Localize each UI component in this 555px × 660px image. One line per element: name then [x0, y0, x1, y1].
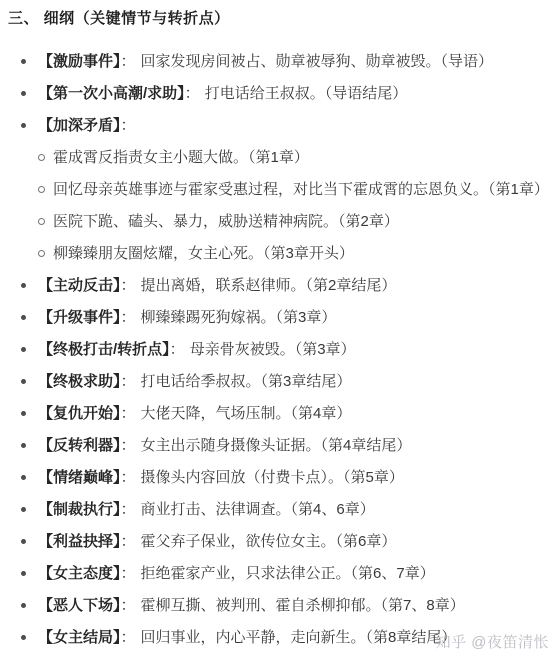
outline-item-colon: ：: [121, 469, 141, 486]
outline-item: 【复仇开始】：大佬天降，气场压制。（第4章）: [0, 404, 555, 423]
page-title: 三、 细纲（关键情节与转折点）: [8, 10, 555, 28]
disc-bullet-icon: [21, 411, 26, 416]
outline-item-label: 【反转利器】: [38, 437, 121, 454]
outline-item-label: 【利益抉择】: [38, 533, 121, 550]
outline-item: 【终极求助】：打电话给季叔叔。（第3章结尾）: [0, 372, 555, 391]
outline-item-label: 【恶人下场】: [38, 597, 121, 614]
circle-bullet-icon: [38, 218, 45, 225]
outline-item-text: 商业打击、法律调查。（第4、6章）: [141, 501, 375, 518]
outline-item-text: 摄像头内容回放（付费卡点）。（第5章）: [141, 469, 404, 486]
outline-item-label: 【升级事件】: [38, 309, 121, 326]
outline-item-label: 【终极求助】: [38, 373, 121, 390]
outline-item: 【恶人下场】：霍柳互撕、被判刑、霍自杀柳抑郁。（第7、8章）: [0, 596, 555, 615]
outline-item-text: 拒绝霍家产业，只求法律公正。（第6、7章）: [141, 565, 435, 582]
outline-item-colon: ：: [121, 53, 141, 70]
outline-item-colon: ：: [121, 565, 141, 582]
outline-item: 【主动反击】：提出离婚，联系赵律师。（第2章结尾）: [0, 276, 555, 295]
circle-bullet-icon: [38, 250, 45, 257]
outline-item-text: 回家发现房间被占、勋章被辱狗、勋章被毁。（导语）: [141, 53, 494, 70]
outline-item: 【加深矛盾】：: [0, 116, 555, 135]
outline-item-label: 【女主结局】: [38, 629, 121, 646]
disc-bullet-icon: [21, 539, 26, 544]
outline-subitem: 霍成霄反指责女主小题大做。（第1章）: [0, 148, 555, 167]
outline-item-text: 打电话给季叔叔。（第3章结尾）: [141, 373, 352, 390]
outline-item-colon: ：: [121, 405, 141, 422]
disc-bullet-icon: [21, 379, 26, 384]
outline-item-text: 霍父弃子保业，欲传位女主。（第6章）: [141, 533, 397, 550]
watermark-text: 知乎 @夜笛清怅: [436, 634, 549, 651]
outline-item: 【利益抉择】：霍父弃子保业，欲传位女主。（第6章）: [0, 532, 555, 551]
disc-bullet-icon: [21, 635, 26, 640]
outline-item: 【升级事件】：柳臻臻踢死狗嫁祸。（第3章）: [0, 308, 555, 327]
outline-item: 【情绪巅峰】：摄像头内容回放（付费卡点）。（第5章）: [0, 468, 555, 487]
outline-item-label: 【女主态度】: [38, 565, 121, 582]
outline-item-colon: ：: [121, 597, 141, 614]
outline-item: 【终极打击/转折点】：母亲骨灰被毁。（第3章）: [0, 340, 555, 359]
outline-subitem-text: 医院下跪、磕头、暴力，威胁送精神病院。（第2章）: [53, 213, 399, 230]
outline-subitem: 回忆母亲英雄事迹与霍家受惠过程，对比当下霍成霄的忘恩负义。（第1章）: [0, 180, 555, 199]
outline-subitem: 柳臻臻朋友圈炫耀，女主心死。（第3章开头）: [0, 244, 555, 263]
outline-item-colon: ：: [121, 533, 141, 550]
disc-bullet-icon: [21, 347, 26, 352]
outline-item-label: 【主动反击】: [38, 277, 121, 294]
outline-subitem-text: 回忆母亲英雄事迹与霍家受惠过程，对比当下霍成霄的忘恩负义。（第1章）: [53, 181, 549, 198]
outline-item: 【第一次小高潮/求助】：打电话给王叔叔。（导语结尾）: [0, 84, 555, 103]
disc-bullet-icon: [21, 475, 26, 480]
outline-item-colon: ：: [121, 117, 141, 134]
outline-item: 【制裁执行】：商业打击、法律调查。（第4、6章）: [0, 500, 555, 519]
outline-item-colon: ：: [185, 85, 205, 102]
disc-bullet-icon: [21, 315, 26, 320]
outline-item-label: 【制裁执行】: [38, 501, 121, 518]
outline-item-text: 回归事业，内心平静，走向新生。（第8章结尾）: [141, 629, 457, 646]
disc-bullet-icon: [21, 443, 26, 448]
disc-bullet-icon: [21, 283, 26, 288]
outline-item-colon: ：: [121, 629, 141, 646]
outline-document: 三、 细纲（关键情节与转折点） 【激励事件】：回家发现房间被占、勋章被辱狗、勋章…: [0, 0, 555, 647]
disc-bullet-icon: [21, 603, 26, 608]
outline-item-text: 柳臻臻踢死狗嫁祸。（第3章）: [141, 309, 337, 326]
outline-subitem: 医院下跪、磕头、暴力，威胁送精神病院。（第2章）: [0, 212, 555, 231]
outline-item-text: 提出离婚，联系赵律师。（第2章结尾）: [141, 277, 397, 294]
outline-item-text: 大佬天降，气场压制。（第4章）: [141, 405, 352, 422]
outline-item-label: 【情绪巅峰】: [38, 469, 121, 486]
outline-item-colon: ：: [121, 309, 141, 326]
disc-bullet-icon: [21, 91, 26, 96]
disc-bullet-icon: [21, 123, 26, 128]
outline-item-colon: ：: [121, 437, 141, 454]
outline-item-colon: ：: [121, 277, 141, 294]
outline-item-label: 【加深矛盾】: [38, 117, 121, 134]
outline-item-text: 霍柳互撕、被判刑、霍自杀柳抑郁。（第7、8章）: [141, 597, 465, 614]
outline-item-colon: ：: [121, 501, 141, 518]
outline-item-label: 【激励事件】: [38, 53, 121, 70]
outline-item-text: 母亲骨灰被毁。（第3章）: [190, 341, 356, 358]
outline-item-text: 打电话给王叔叔。（导语结尾）: [205, 85, 408, 102]
circle-bullet-icon: [38, 186, 45, 193]
outline-item: 【反转利器】：女主出示随身摄像头证据。（第4章结尾）: [0, 436, 555, 455]
outline-item-text: 女主出示随身摄像头证据。（第4章结尾）: [141, 437, 412, 454]
outline-item-colon: ：: [170, 341, 190, 358]
disc-bullet-icon: [21, 571, 26, 576]
outline-item-label: 【终极打击/转折点】: [38, 341, 170, 358]
outline-item-colon: ：: [121, 373, 141, 390]
disc-bullet-icon: [21, 59, 26, 64]
outline-subitem-text: 柳臻臻朋友圈炫耀，女主心死。（第3章开头）: [53, 245, 354, 262]
disc-bullet-icon: [21, 507, 26, 512]
outline-item-label: 【第一次小高潮/求助】: [38, 85, 185, 102]
circle-bullet-icon: [38, 154, 45, 161]
outline-subitem-text: 霍成霄反指责女主小题大做。（第1章）: [53, 149, 309, 166]
watermark: 知乎 @夜笛清怅: [436, 631, 549, 652]
outline-item: 【激励事件】：回家发现房间被占、勋章被辱狗、勋章被毁。（导语）: [0, 52, 555, 71]
outline-item: 【女主态度】：拒绝霍家产业，只求法律公正。（第6、7章）: [0, 564, 555, 583]
outline-item-label: 【复仇开始】: [38, 405, 121, 422]
